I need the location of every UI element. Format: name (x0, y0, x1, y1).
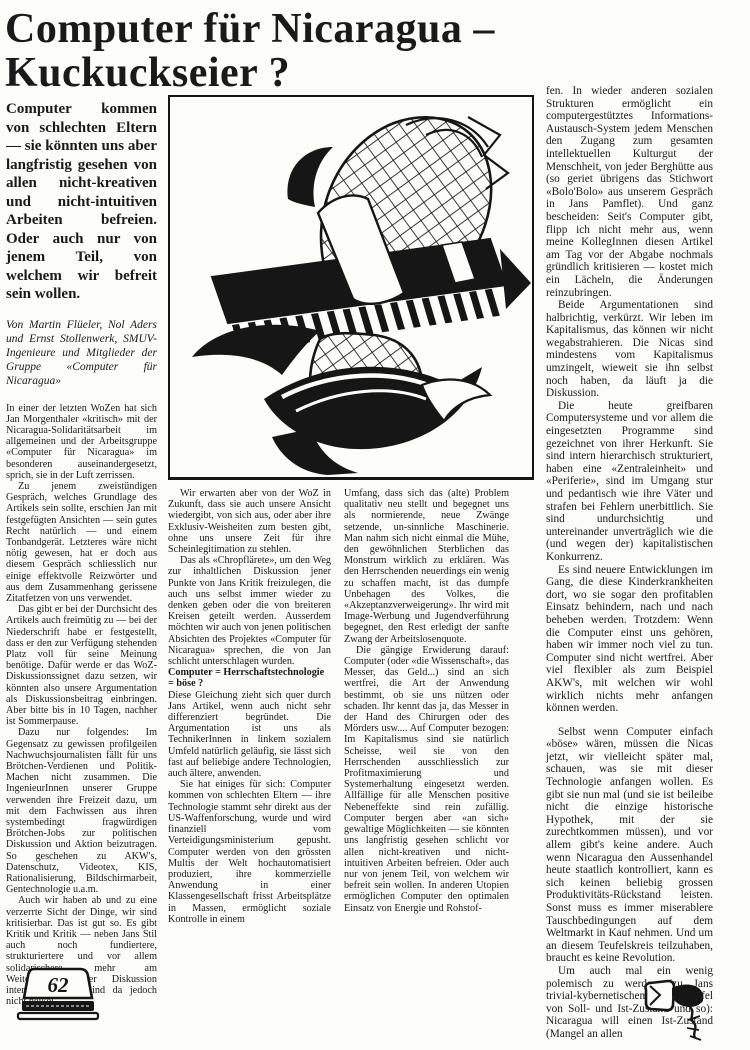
column-middle-right: Umfang, dass sich das (alte) Problem qua… (344, 488, 509, 914)
article-illustration-frame (168, 95, 534, 480)
lede-paragraph: Computer kommen von schlechten Eltern — … (6, 100, 157, 304)
headline-line-1: Computer für Nicaragua – (5, 8, 645, 52)
computer-terminal-icon: 62 (16, 964, 100, 1026)
paragraph: Dazu nur folgendes: Im Gegensatz zu gewi… (6, 727, 157, 895)
paragraph: Das als «Chropflärete», um den Weg zur i… (168, 555, 331, 667)
paragraph: Beide Argumentationen sind halbrichtig, … (546, 299, 713, 400)
headline: Computer für Nicaragua – Kuckuckseier ? (5, 8, 645, 95)
paragraph: Zu jenem zweistündigen Gespräch, welches… (6, 481, 157, 604)
paragraph: Selbst wenn Computer einfach «böse» wäre… (546, 726, 713, 965)
husk-leaf-right (500, 249, 531, 309)
page-number: 62 (48, 973, 70, 997)
paragraph: Wir erwarten aber von der WoZ in Zukunft… (168, 488, 331, 555)
paragraph: fen. In wieder anderen sozialen Struktur… (546, 85, 713, 299)
paragraph: Es sind neuere Entwicklungen im Gang, di… (546, 564, 713, 715)
paragraph: Die gängige Erwiderung darauf: Computer … (344, 645, 509, 914)
column-right: fen. In wieder anderen sozialen Struktur… (546, 85, 713, 1041)
page-number-badge: 62 (16, 964, 100, 1031)
paragraph: Diese Gleichung zieht sich quer durch Ja… (168, 690, 331, 780)
hand-glyph (638, 976, 718, 1050)
column-middle-left: Wir erwarten aber von der WoZ in Zukunft… (168, 488, 331, 925)
paragraph: Das gibt er bei der Durchsicht des Artik… (6, 604, 157, 727)
section-heading: Computer = Herrschafts­technologie = bös… (168, 667, 331, 689)
paragraph: In einer der letzten WoZen hat sich Jan … (6, 403, 157, 481)
hand-squeezing-icon (638, 976, 718, 1048)
column-left-body: In einer der letzten WoZen hat sich Jan … (6, 403, 157, 1008)
column-left: Computer kommen von schlechten Eltern — … (6, 100, 157, 1007)
paragraph: Die heute greifbaren Computersysteme und… (546, 400, 713, 564)
byline: Von Martin Flüeler, Nol Aders und Ernst … (6, 318, 157, 388)
corn-cob-chip-illustration (170, 97, 532, 477)
paragraph: Sie hat einiges für sich: Computer komme… (168, 779, 331, 925)
newspaper-page: Computer für Nicaragua – Kuckuckseier ? … (0, 0, 750, 1050)
paragraph: Umfang, dass sich das (alte) Problem qua… (344, 488, 509, 645)
